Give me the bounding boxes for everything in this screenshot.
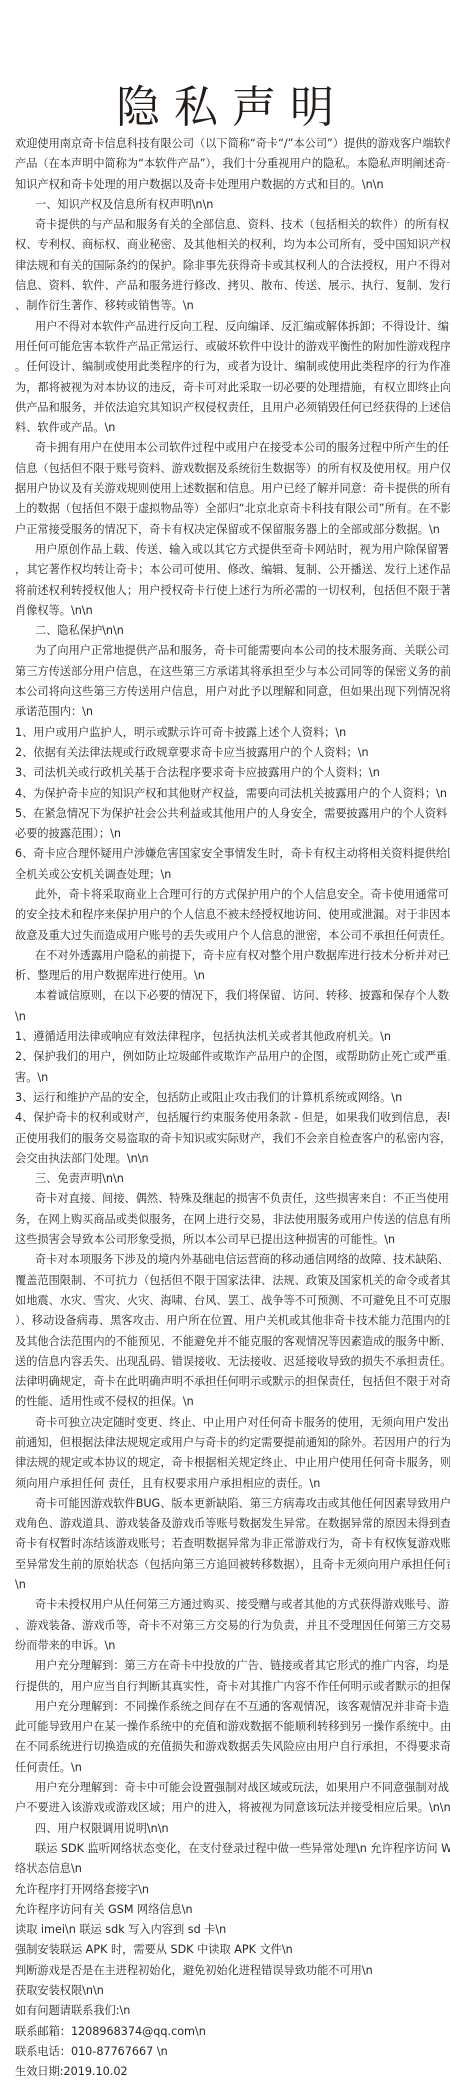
text-line: 必要的披露范围）；\n xyxy=(15,824,437,844)
text-line: 上的数据（包括但不限于虚拟物品等）全部归“北京北京奇卡科技有限公司”所有。在不影… xyxy=(15,499,437,519)
text-line: 如地震、水灾、雪灾、火灾、海啸、台风、罢工、战争等不可预测、不可避免且不可克服的… xyxy=(15,1291,437,1311)
text-line: 知识产权和奇卡处理的用户数据以及奇卡处理用户数据的方式和目的。\n\n xyxy=(15,175,437,195)
privacy-statement-body: 欢迎使用南京奇卡信息科技有限公司（以下简称“奇卡“/”本公司”）提供的游戏客户端… xyxy=(15,134,437,2083)
text-line: 本着诚信原则，在以下必要的情况下，我们将保留、访问、转移、披露和保存个人数据， xyxy=(15,986,437,1006)
text-line: 奇卡可能因游戏软件BUG、版本更新缺陷、第三方病毒攻击或其他任何因素导致用户的游 xyxy=(15,1494,437,1514)
text-line: 允许程序打开网络套接字\n xyxy=(15,1880,437,1900)
text-line: 用户充分理解到：第三方在奇卡中投放的广告、链接或者其它形式的推广内容，均是由其自 xyxy=(15,1656,437,1676)
page-title: 隐私声明 xyxy=(0,71,450,135)
text-line: 纷而带来的申诉。\n xyxy=(15,1636,437,1656)
text-line: 奇卡提供的与产品和服务有关的全部信息、资料、技术（包括相关的软件）的所有权、著作 xyxy=(15,215,437,235)
text-line: ，其它著作权均转让奇卡；本公司可使用、修改、编辑、复制、公开播送、发行上述作品，… xyxy=(15,560,437,580)
text-line: 料、软件或产品。\n xyxy=(15,418,437,438)
text-line: 至异常发生前的原始状态（包括向第三方追回被转移数据），且奇卡无须向用户承担任何责… xyxy=(15,1555,437,1575)
text-line: 法律明确规定，奇卡在此明确声明不承担任何明示或默示的担保责任，包括但不限于对奇卡… xyxy=(15,1372,437,1392)
text-line: 二、隐私保护\n\n xyxy=(15,621,437,641)
text-line: 5、在紧急情况下为保护社会公共利益或其他用户的人身安全，需要披露用户的个人资料（… xyxy=(15,804,437,824)
text-line: 此可能导致用户在某一操作系统中的充值和游戏数据不能顺利转移到另一操作系统中。由于… xyxy=(15,1717,437,1737)
text-line: 送的信息内容丢失、出现乱码、错误接收、无法接收、迟延接收导致的损失不承担责任。除… xyxy=(15,1352,437,1372)
text-line: 4、保护奇卡的权利或财产，包括履行约束服务使用条款 - 但是，如果我们收到信息，… xyxy=(15,1108,437,1128)
text-line: 联系电话：010-87767667 \n xyxy=(15,2042,437,2062)
text-line: 6、奇卡应合理怀疑用户涉嫌危害国家安全事情发生时，奇卡有权主动将相关资料提供给国… xyxy=(15,844,437,864)
text-line: ）、移动设备病毒、黑客攻击、用户所在位置、用户关机或其他非奇卡技术能力范围内的因… xyxy=(15,1311,437,1331)
text-line: 务，在网上购买商品或类似服务，在网上进行交易，非法使用服务或用户传送的信息有所变… xyxy=(15,1210,437,1230)
text-line: 1、遵循适用法律或响应有效法律程序，包括执法机关或者其他政府机关。\n xyxy=(15,1027,437,1047)
text-line: 三、免责声明\n\n xyxy=(15,1169,437,1189)
text-line: 在不对外透露用户隐私的前提下，奇卡应有权对整个用户数据库进行技术分析并对已进行分 xyxy=(15,946,437,966)
text-line: 的性能、适用性或不侵权的担保。\n xyxy=(15,1392,437,1412)
text-line: 联运 SDK 监听网络状态变化，在支付登录过程中做一些异常处理\n 允许程序访问… xyxy=(15,1839,437,1859)
text-line: 奇卡拥有用户在使用本公司软件过程中或用户在接受本公司的服务过程中所产生的任何数据 xyxy=(15,438,437,458)
text-line: 为了向用户正常地提供产品和服务，奇卡可能需要向本公司的技术服务商、关联公司或其他 xyxy=(15,641,437,661)
text-line: 。任何设计、编制或使用此类程序的行为，或者为设计、编制或使用此类程序的行为作准备… xyxy=(15,357,437,377)
text-line: 强制安装联运 APK 时，需要从 SDK 中读取 APK 文件\n xyxy=(15,1940,437,1960)
text-line: 一、知识产权及信息所有权声明\n\n xyxy=(15,195,437,215)
text-line: 用户充分理解到：奇卡中可能会设置强制对战区域或玩法，如果用户不同意强制对战，请用 xyxy=(15,1778,437,1798)
text-line: 1、用户或用户监护人，明示或默示许可奇卡披露上述个人资料；\n xyxy=(15,723,437,743)
text-line: 如有问题请联系我们:\n xyxy=(15,2001,437,2021)
text-line: 权、专利权、商标权、商业秘密、及其他相关的权利，均为本公司所有，受中国知识产权相… xyxy=(15,235,437,255)
text-line: 四、用户权限调用说明\n\n xyxy=(15,1819,437,1839)
text-line: 行提供的，用户应当自行判断其真实性，奇卡对其推广内容不作任何明示或者默示的担保。… xyxy=(15,1677,437,1697)
text-line: 任何责任。\n xyxy=(15,1758,437,1778)
text-line: 络状态信息\n xyxy=(15,1859,437,1879)
text-line: 生效日期:2019.10.02 xyxy=(15,2062,437,2082)
text-line: 正使用我们的服务交易盗取的奇卡知识或实际财产，我们不会亲自检查客户的私密内容，但… xyxy=(15,1129,437,1149)
text-line: 害。\n xyxy=(15,1068,437,1088)
text-line: 奇卡可独立决定随时变更、终止、中止用户对任何奇卡服务的使用，无须向用户发出任何提 xyxy=(15,1413,437,1433)
text-line: 联系邮箱：1208968374@qq.com\n xyxy=(15,2022,437,2042)
text-line: 3、运行和维护产品的安全，包括防止或阻止攻击我们的计算机系统或网络。\n xyxy=(15,1088,437,1108)
text-line: 判断游戏是否是在主进程初始化，避免初始化进程错误导致功能不可用\n xyxy=(15,1961,437,1981)
text-line: 用任何可能危害本软件产品正常运行、或破坏软件中设计的游戏平衡性的附加性游戏程序或… xyxy=(15,337,437,357)
text-line: 用户充分理解到：不同操作系统之间存在不互通的客观情况，该客观情况并非奇卡造成，由 xyxy=(15,1697,437,1717)
text-line: 戏角色、游戏道具、游戏装备及游戏币等账号数据发生异常。在数据异常的原因未得到查明… xyxy=(15,1514,437,1534)
text-line: 3、司法机关或行政机关基于合法程序要求奇卡应披露用户的个人资料；\n xyxy=(15,763,437,783)
text-line: 奇卡有权暂时冻结该游戏账号；若查明数据异常为非正常游戏行为，奇卡有权恢复游戏账号… xyxy=(15,1534,437,1554)
text-line: 奇卡未授权用户从任何第三方通过购买、接受赠与或者其他的方式获得游戏账号、游戏道具 xyxy=(15,1595,437,1615)
text-line: 将前述权利转授权他人；用户授权奇卡行使上述行为所必需的一切权利，包括但不限于著作… xyxy=(15,581,437,601)
text-line: 肖像权等。\n\n xyxy=(15,601,437,621)
text-line: 律法规的规定或本协议的规定，奇卡根据相关规定终止、中止用户使用任何奇卡服务，则奇… xyxy=(15,1453,437,1473)
text-line: 获取安装权限\n\n xyxy=(15,1981,437,2001)
text-line: 4、为保护奇卡应的知识产权和其他财产权益，需要向司法机关披露用户的个人资料；\n xyxy=(15,784,437,804)
text-line: 供产品和服务，并依法追究其知识产权侵权责任，且用户必须销毁任何已经获得的上述信息… xyxy=(15,398,437,418)
text-line: 全机关或公安机关调查处理；\n xyxy=(15,865,437,885)
text-line: 及其他合法范围内的不能预见、不能避免并不能克服的客观情况等因素造成的服务中断、用… xyxy=(15,1332,437,1352)
text-line: 产品（在本声明中简称为“本软件产品”），我们十分重视用户的隐私。本隐私声明阐述奇… xyxy=(15,154,437,174)
text-line: 奇卡对本项服务下涉及的境内外基础电信运营商的移动通信网络的故障、技术缺陷、互联网 xyxy=(15,1250,437,1270)
text-line: 承诺范围内：\n xyxy=(15,702,437,722)
text-line: 、制作衍生著作、移转或销售等。\n xyxy=(15,296,437,316)
text-line: 允许程序访问有关 GSM 网络信息\n xyxy=(15,1900,437,1920)
text-line: \n xyxy=(15,1007,437,1027)
text-line: 读取 imei\n 联运 sdk 写入内容到 sd 卡\n xyxy=(15,1920,437,1940)
text-line: 2、依据有关法律法规或行政规章要求奇卡应当披露用户的个人资料；\n xyxy=(15,743,437,763)
text-line: 第三方传送部分用户信息，在这些第三方承诺其将承担至少与本公司同等的保密义务的前提… xyxy=(15,662,437,682)
text-line: 用户原创作品上载、传送、输入或以其它方式提供至奇卡网站时，视为用户除保留署名权外 xyxy=(15,540,437,560)
text-line: 会交由执法部门处理。\n\n xyxy=(15,1149,437,1169)
text-line: 信息（包括但不限于账号资料、游戏数据及系统衍生数据等）的所有权及使用权。用户仅有… xyxy=(15,459,437,479)
text-line: \n xyxy=(15,1575,437,1595)
text-line: 此外，奇卡将采取商业上合理可行的方式保护用户的个人信息安全。奇卡使用通常可以获得 xyxy=(15,885,437,905)
text-line: 用户不得对本软件产品进行反向工程、反向编译、反汇编或解体拆卸；不得设计、编制或使 xyxy=(15,317,437,337)
text-line: 析、整理后的用户数据库进行使用。\n xyxy=(15,966,437,986)
text-line: 户不要进入该游戏或游戏区域；用户的进入，将被视为同意该玩法并接受相应后果。\n\… xyxy=(15,1798,437,1818)
text-line: 信息、资料、软件、产品和服务进行修改、拷贝、散布、传送、展示、执行、复制、发行、… xyxy=(15,276,437,296)
text-line: 欢迎使用南京奇卡信息科技有限公司（以下简称“奇卡“/”本公司”）提供的游戏客户端… xyxy=(15,134,437,154)
text-line: 据用户协议及有关游戏规则使用上述数据和信息。用户已经了解并同意：奇卡提供的所有服… xyxy=(15,479,437,499)
text-line: 为，都将被视为对本协议的违反，奇卡可对此采取一切必要的处理措施，有权立即终止向用… xyxy=(15,378,437,398)
text-line: 在不同系统进行切换造成的充值损失和游戏数据丢失风险应由用户自行承担，不得要求奇卡… xyxy=(15,1737,437,1757)
text-line: 这些损害会导致本公司形象受损，所以本公司早已提出这种损害的可能性。\n xyxy=(15,1230,437,1250)
text-line: 本公司将向这些第三方传送用户信息，用户对此予以理解和同意，但如果出现下列情况将不… xyxy=(15,682,437,702)
text-line: 故意及重大过失而造成用户账号的丢失或用户个人信息的泄密，本公司不承担任何责任。\… xyxy=(15,926,437,946)
text-line: 前通知，但根据法律法规规定或用户与奇卡的约定需要提前通知的除外。若因用户的行为违… xyxy=(15,1433,437,1453)
text-line: 覆盖范围限制、不可抗力（包括但不限于国家法律、法规、政策及国家机关的命令或者其它… xyxy=(15,1271,437,1291)
text-line: 须向用户承担任何 责任，且有权要求用户承担相应的责任。\n xyxy=(15,1474,437,1494)
text-line: 、游戏装备、游戏币等，奇卡不对第三方交易的行为负责，并且不受理因任何第三方交易发… xyxy=(15,1616,437,1636)
text-line: 律法规和有关的国际条约的保护。除非事先获得奇卡或其权利人的合法授权，用户不得对任… xyxy=(15,256,437,276)
text-line: 户正常接受服务的情况下，奇卡有权决定保留或不保留服务器上的全部或部分数据。\n xyxy=(15,520,437,540)
text-line: 奇卡对直接、间接、偶然、特殊及继起的损害不负责任，这些损害来自：不正当使用产品服 xyxy=(15,1189,437,1209)
text-line: 2、保护我们的用户，例如防止垃圾邮件或欺诈产品用户的企图，或帮助防止死亡或严重人… xyxy=(15,1047,437,1067)
text-line: 的安全技术和程序来保护用户的个人信息不被未经授权地访问、使用或泄漏。对于非因本公… xyxy=(15,905,437,925)
